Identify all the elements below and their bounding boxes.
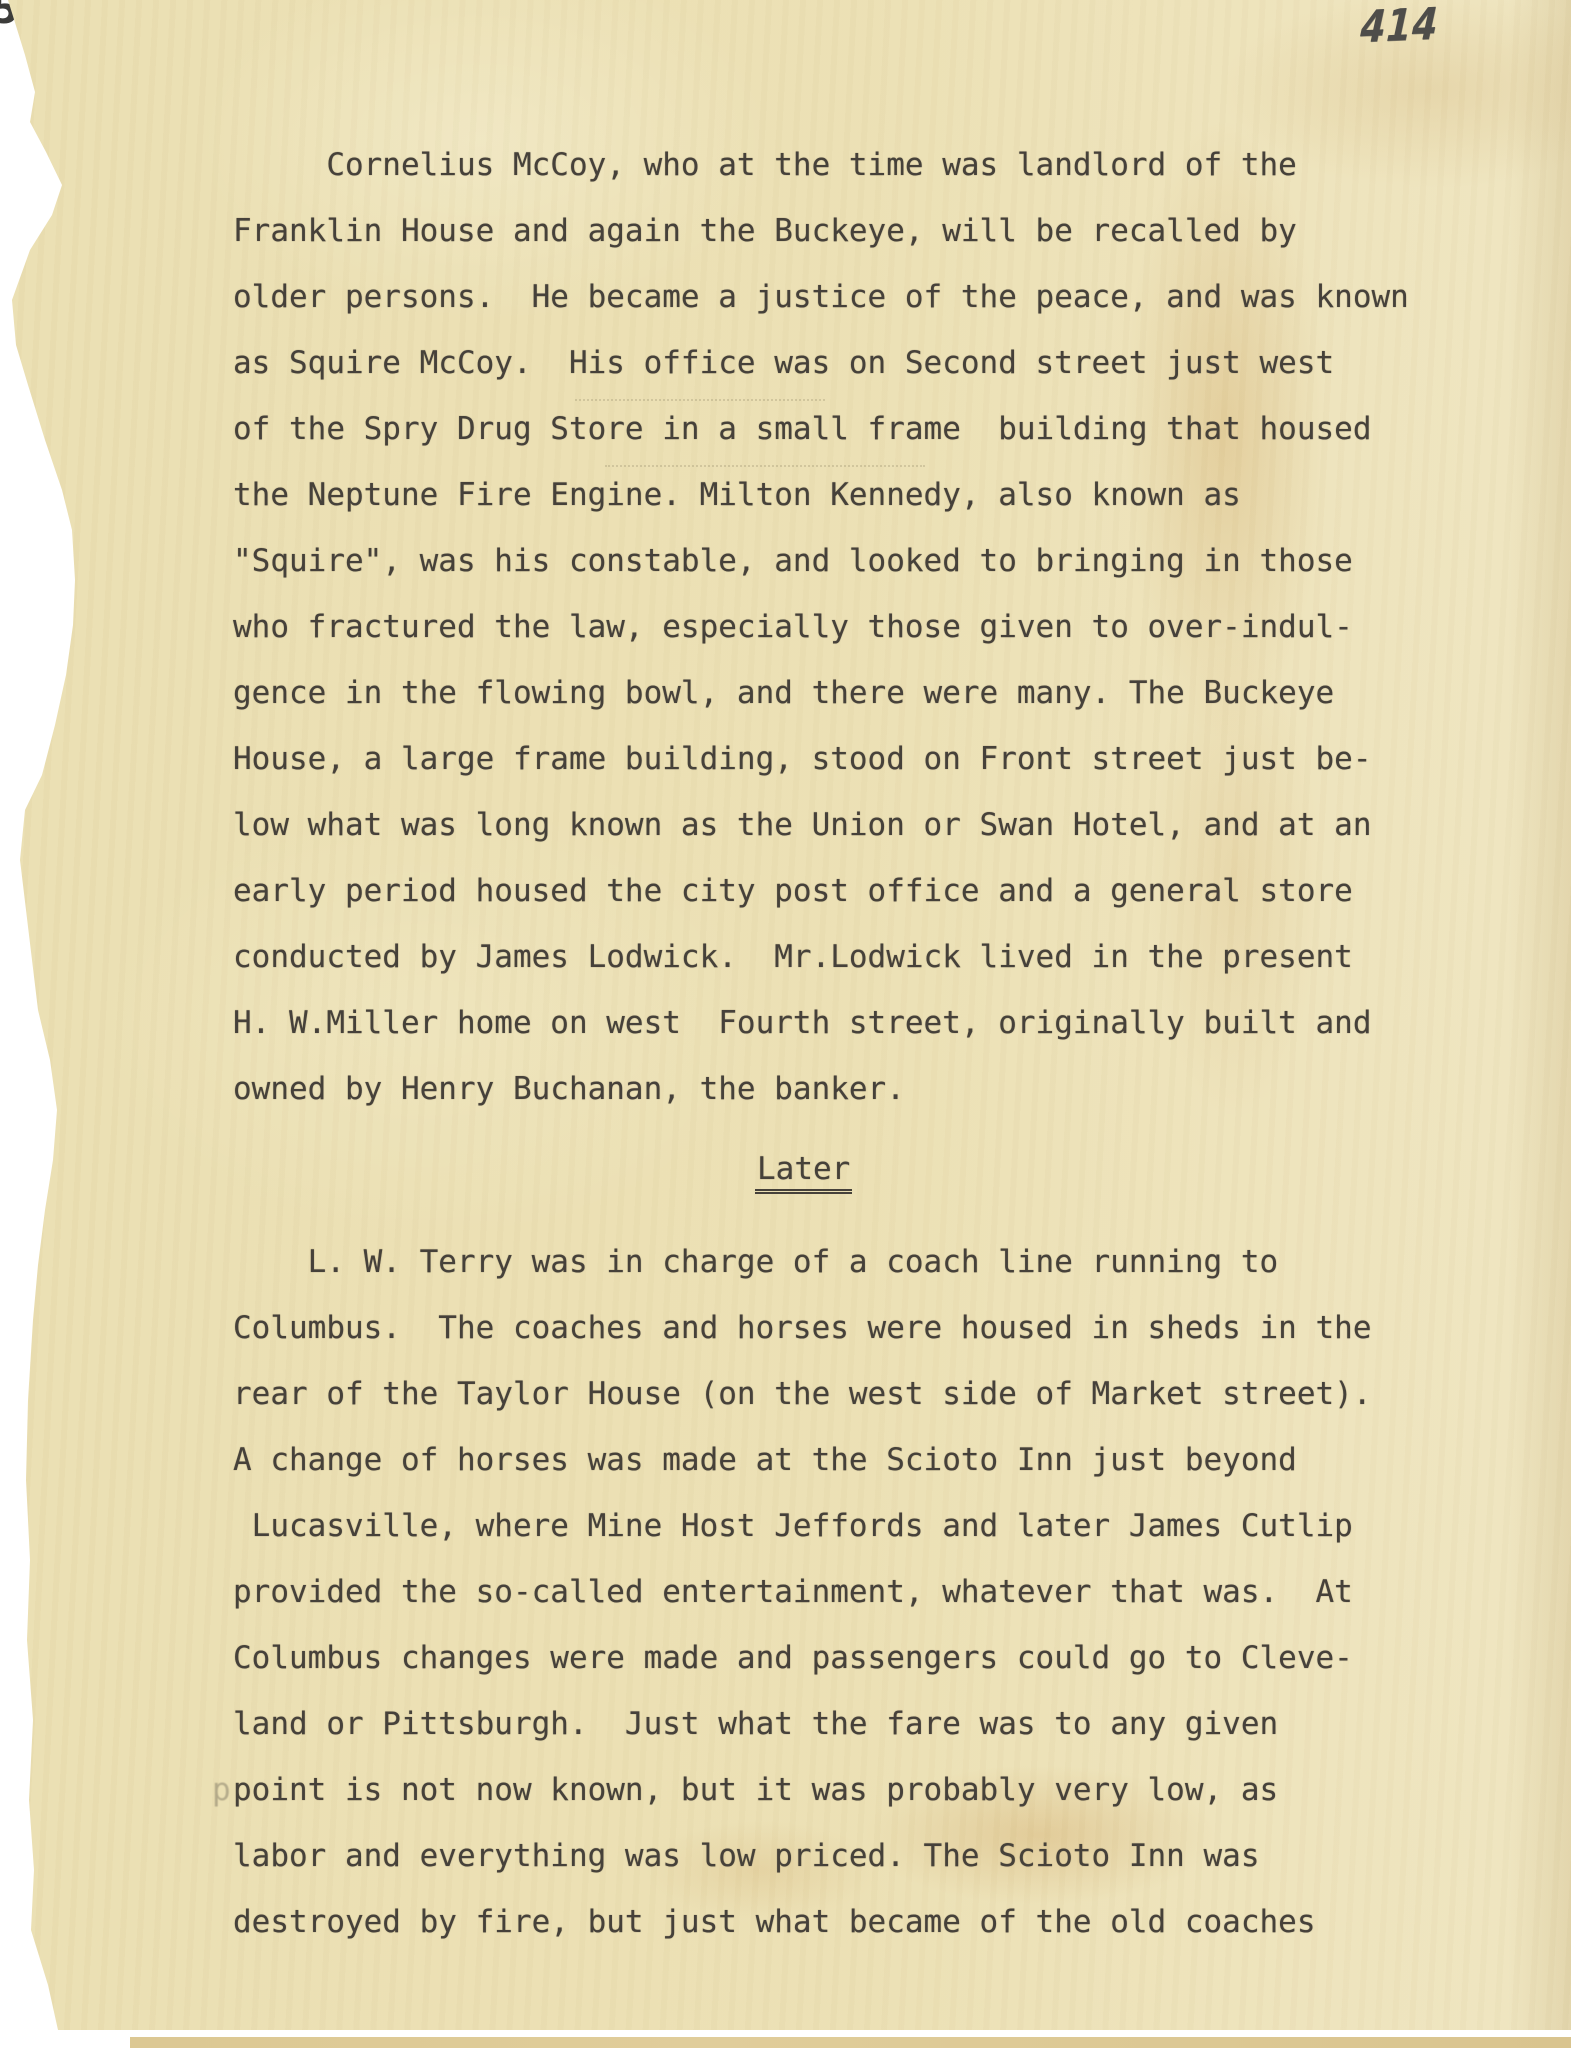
- document-scan: 563 414 Cornelius McCoy, who at the time…: [0, 0, 1571, 2048]
- section-heading: Later: [755, 1151, 852, 1194]
- ghost-strike-char: p: [212, 1757, 231, 1823]
- under-page-edge: [130, 2037, 1571, 2048]
- paragraph-2: L. W. Terry was in charge of a coach lin…: [233, 1229, 1371, 1955]
- faint-erasure-marks: [575, 399, 825, 401]
- paragraph-1: Cornelius McCoy, who at the time was lan…: [233, 132, 1409, 1122]
- handwritten-page-number: 414: [1359, 0, 1440, 53]
- faint-erasure-marks: [605, 465, 925, 467]
